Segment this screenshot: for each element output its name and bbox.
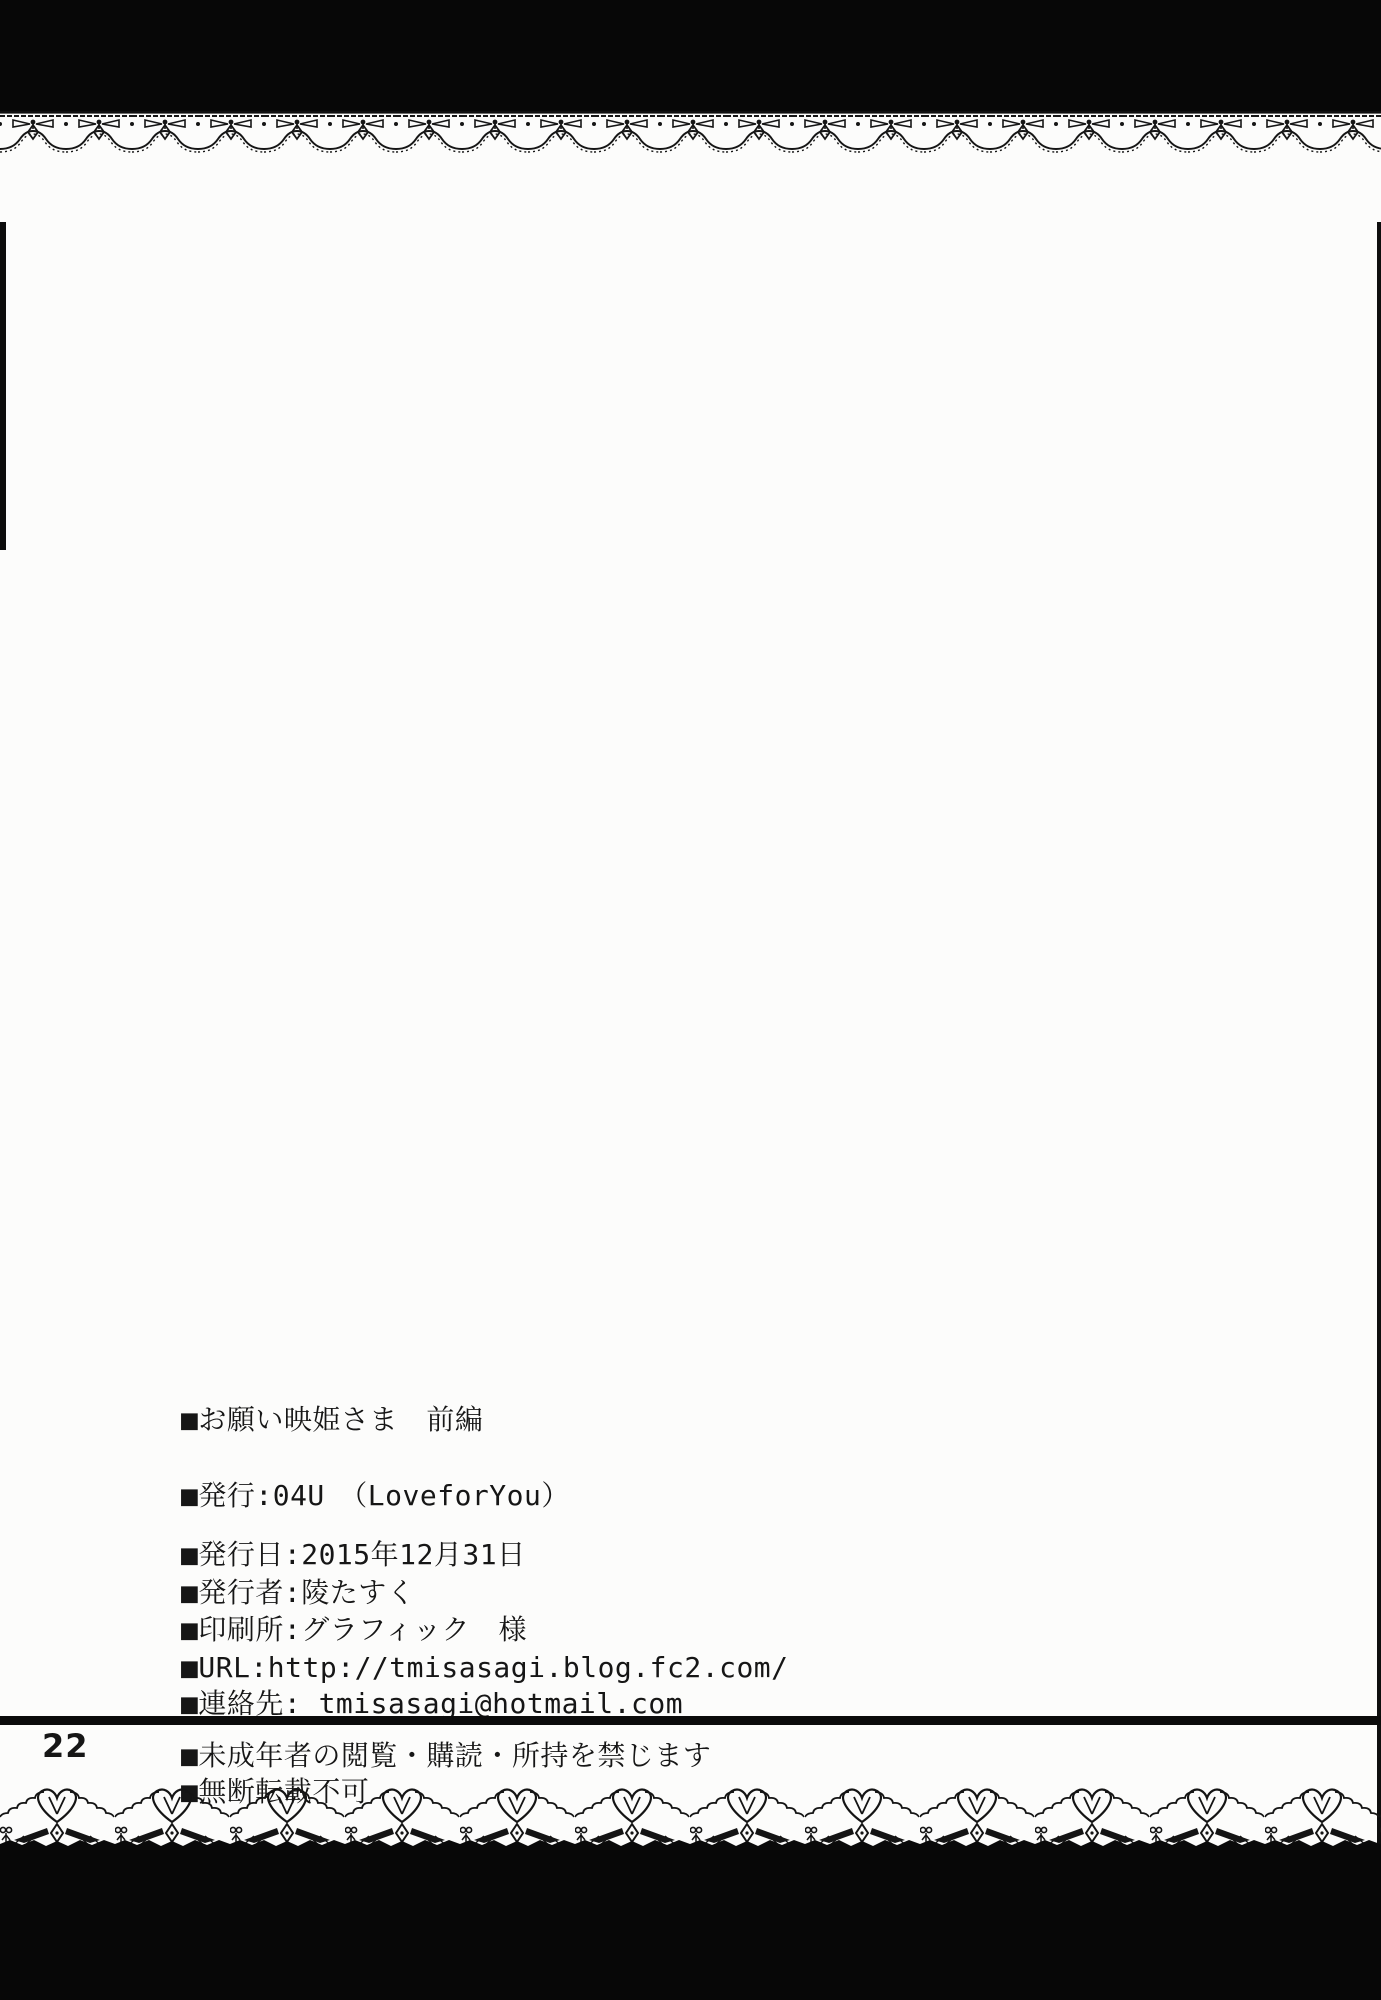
scanned-doujin-page: ■お願い映姫さま 前編 ■発行:04U （LoveforYou） ■発行日:20… (0, 0, 1381, 2000)
top-black-band (0, 0, 1381, 111)
footer-rule (0, 1716, 1381, 1725)
circle-line: ■発行:04U （LoveforYou） (181, 1480, 570, 1512)
author-line: ■発行者:陵たすく (181, 1577, 415, 1609)
url-line: ■URL:http://tmisasagi.blog.fc2.com/ (181, 1652, 789, 1684)
right-scan-edge (1377, 222, 1381, 1895)
left-scan-edge (0, 222, 6, 550)
printer-line: ■印刷所:グラフィック 様 (181, 1614, 527, 1646)
bottom-lace-border-icon (0, 1784, 1381, 1850)
paper-area: ■お願い映姫さま 前編 ■発行:04U （LoveforYou） ■発行日:20… (0, 111, 1381, 1850)
publish-date-line: ■発行日:2015年12月31日 (181, 1539, 526, 1571)
bottom-black-band (0, 1850, 1381, 2000)
page-number: 22 (42, 1727, 89, 1765)
top-lace-border-icon (0, 111, 1381, 155)
minor-restriction-line: ■未成年者の閲覧・購読・所持を禁じます (181, 1740, 711, 1772)
title-line: ■お願い映姫さま 前編 (181, 1404, 483, 1436)
